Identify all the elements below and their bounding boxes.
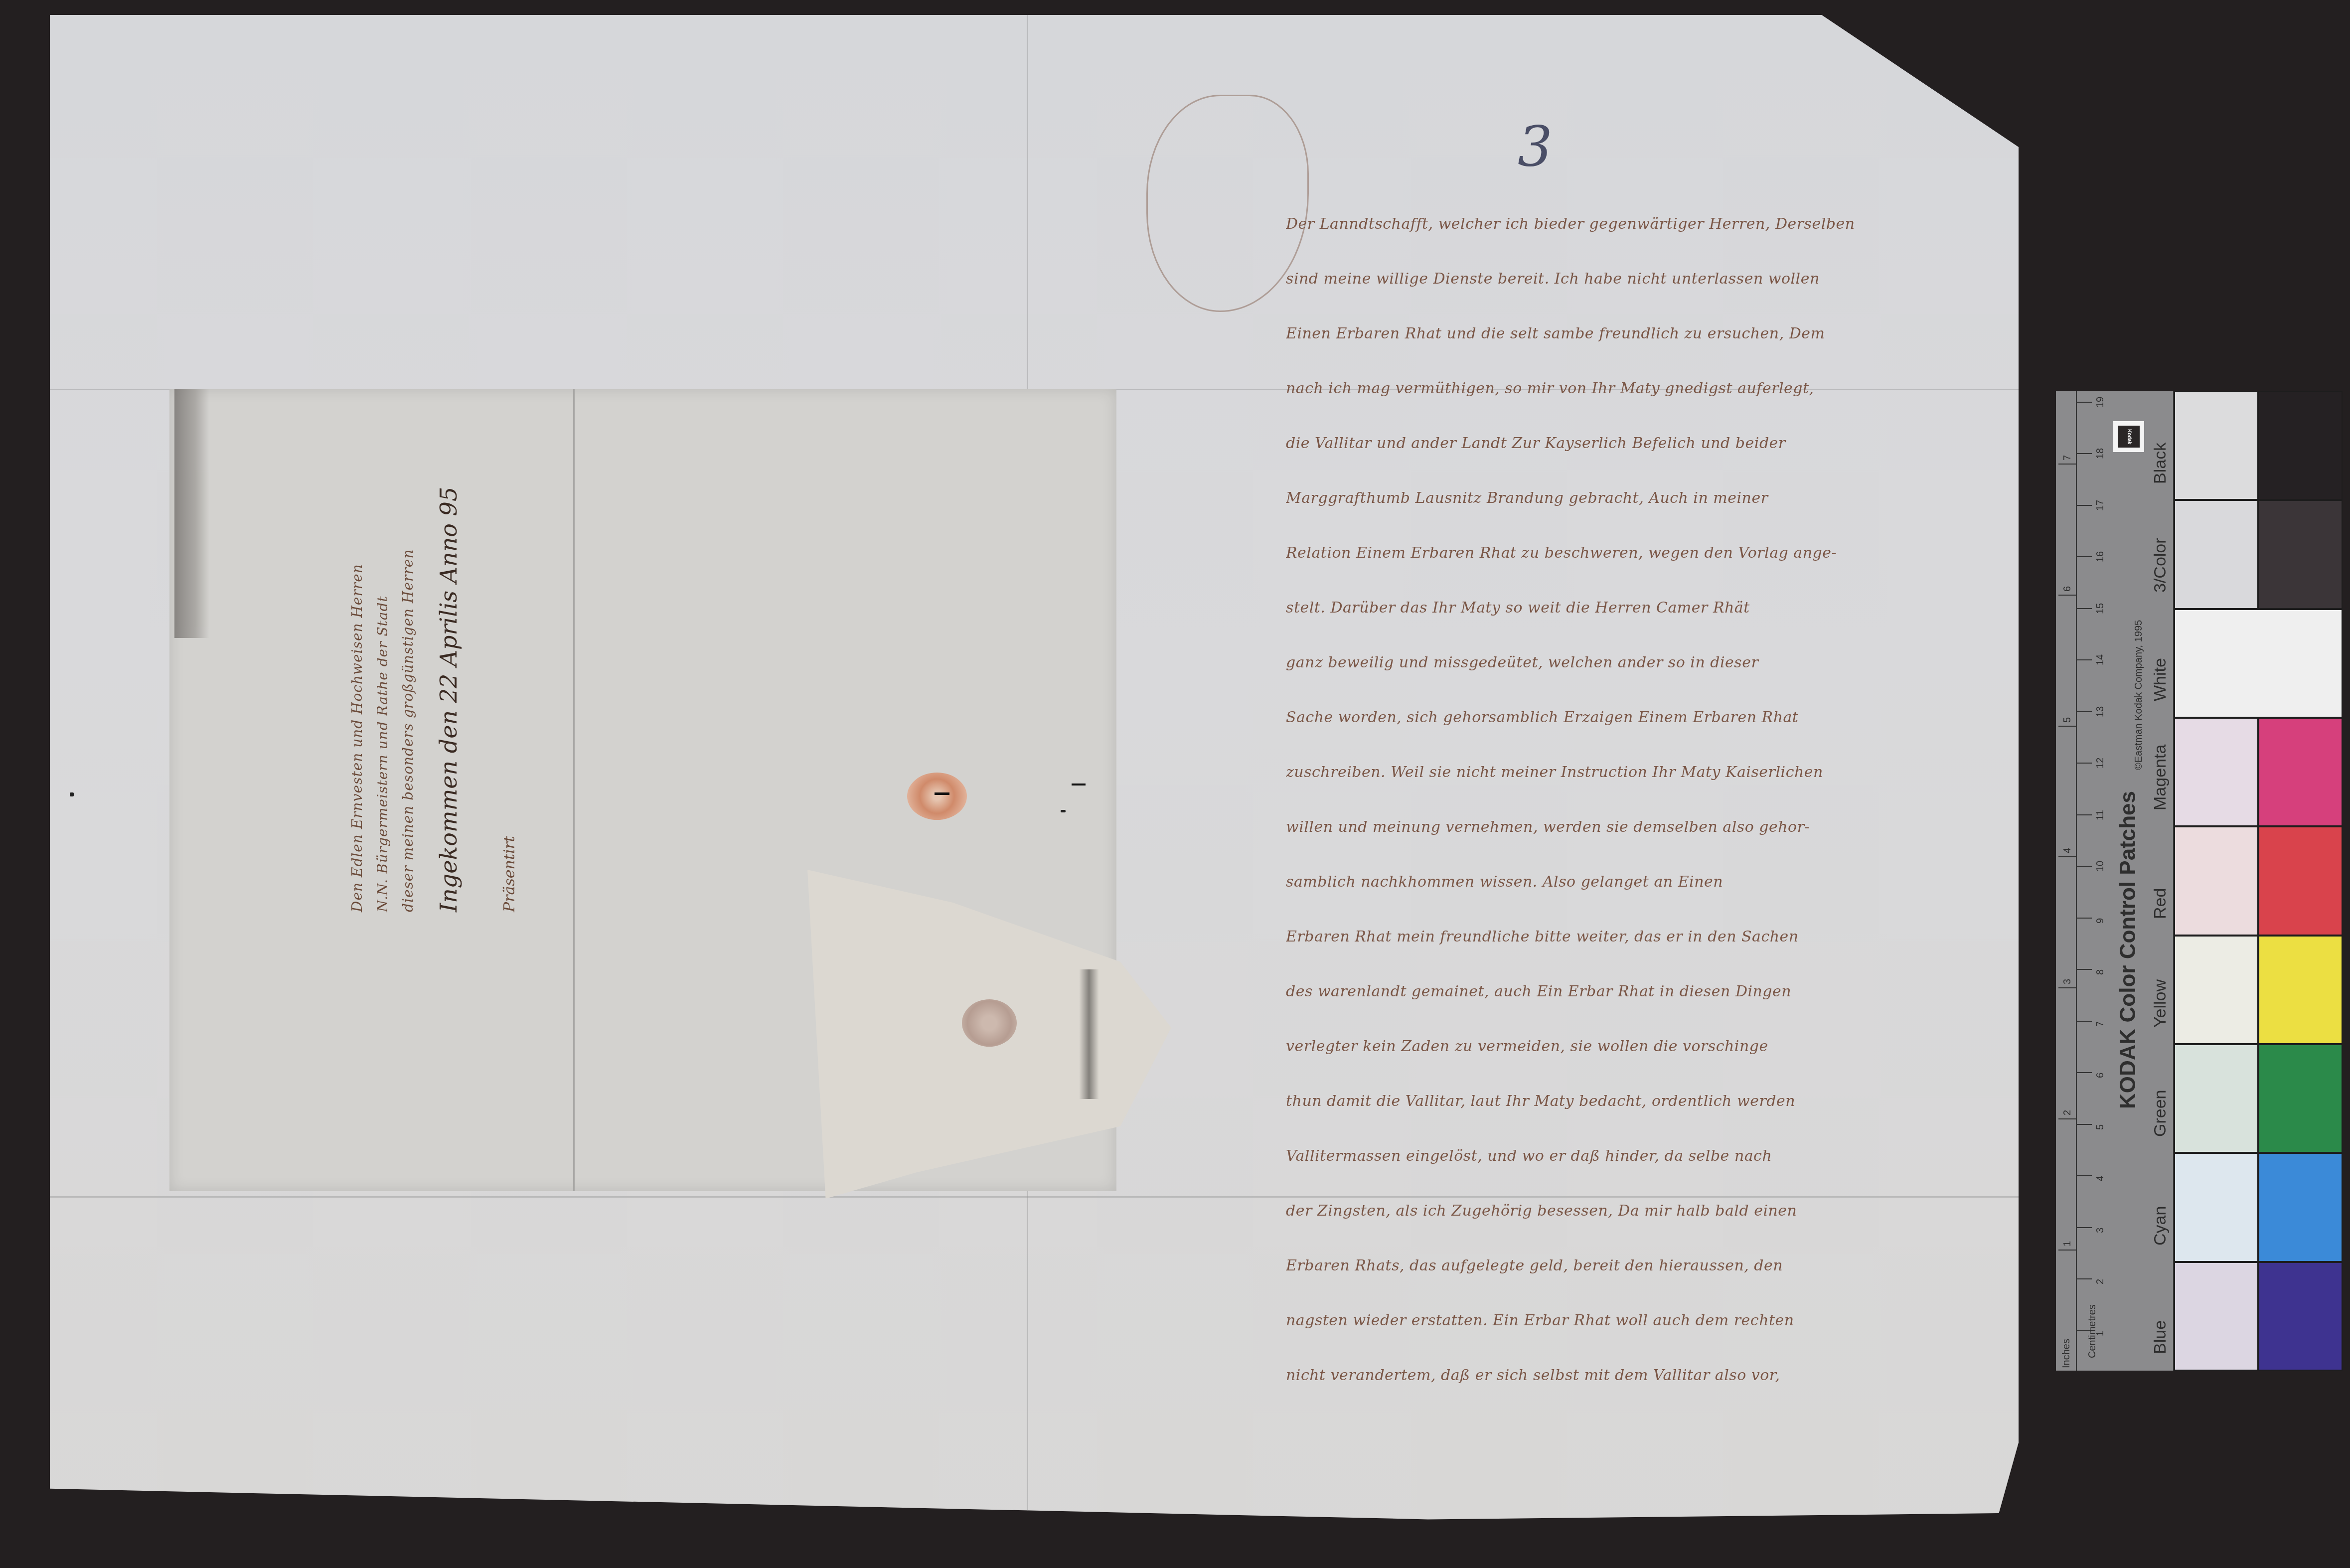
patch-label: White — [2151, 658, 2170, 701]
patch-red-solid — [2258, 826, 2343, 935]
patch-3-color-tint — [2174, 500, 2258, 609]
cm-tick — [2077, 505, 2092, 506]
red-seal-remnant — [907, 773, 967, 820]
wax-seal — [962, 999, 1017, 1047]
cm-tick-label: 8 — [2095, 969, 2106, 975]
patch-label: Green — [2151, 1090, 2170, 1137]
inch-tick-label: 3 — [2062, 979, 2073, 984]
text-line: Relation Einem Erbaren Rhat zu beschwere… — [1286, 526, 1944, 581]
cm-tick-label: 17 — [2095, 499, 2106, 510]
cm-tick — [2077, 763, 2092, 764]
cm-tick-label: 7 — [2095, 1021, 2106, 1026]
inch-tick — [2058, 987, 2076, 988]
marginal-note: Präsentirt — [501, 683, 518, 912]
cm-tick — [2077, 608, 2092, 609]
text-line: Erbaren Rhat mein freundliche bitte weit… — [1286, 910, 1944, 964]
ruler: 123456789101112131415161718191234567 Kod… — [2056, 391, 2174, 1371]
inches-label: Inches — [2061, 1339, 2072, 1368]
address-block: Den Edlen Ernvesten und Hochweisen Herre… — [135, 683, 733, 912]
cm-tick-label: 2 — [2095, 1279, 2106, 1284]
inch-tick — [2058, 464, 2076, 465]
patch-magenta-tint — [2174, 718, 2258, 826]
cm-tick-label: 3 — [2095, 1227, 2106, 1233]
ink-dot — [70, 792, 74, 796]
cm-tick — [2077, 814, 2092, 815]
ink-dot — [1061, 810, 1066, 812]
patch-yellow-solid — [2258, 936, 2343, 1044]
patch-green-solid — [2258, 1044, 2343, 1153]
cm-tick-label: 11 — [2095, 810, 2106, 820]
seal-slit — [935, 792, 949, 795]
chart-title: KODAK Color Control Patches — [2116, 791, 2141, 1109]
text-line: Vallitermassen eingelöst, und wo er daß … — [1286, 1129, 1944, 1184]
inch-tick — [2058, 595, 2076, 596]
inch-tick-label: 4 — [2062, 848, 2073, 853]
patch-label: Red — [2151, 888, 2170, 919]
paper-slit — [1072, 784, 1086, 785]
text-line: verlegter kein Zaden zu vermeiden, sie w… — [1286, 1019, 1944, 1074]
cm-tick — [2077, 969, 2092, 970]
cm-tick — [2077, 1072, 2092, 1073]
text-line: nach ich mag vermüthigen, so mir von Ihr… — [1286, 361, 1944, 416]
kodak-color-target: 123456789101112131415161718191234567 Kod… — [2056, 391, 2343, 1371]
cm-tick-label: 12 — [2095, 758, 2106, 769]
patch-cyan-tint — [2174, 1153, 2258, 1261]
patch-blue-tint — [2174, 1262, 2258, 1371]
text-line: nagsten wieder erstatten. Ein Erbar Rhat… — [1286, 1293, 1944, 1348]
patch-magenta-solid — [2258, 718, 2343, 826]
patch-white — [2174, 609, 2343, 718]
inch-tick — [2058, 856, 2076, 857]
letter-body: Der Lanndtschafft, welcher ich bieder ge… — [1286, 197, 1944, 1403]
cm-tick-label: 18 — [2095, 448, 2106, 459]
cm-tick-label: 9 — [2095, 918, 2106, 923]
patch-black-tint — [2174, 391, 2258, 500]
stain — [1079, 969, 1099, 1099]
text-line: thun damit die Vallitar, laut Ihr Maty b… — [1286, 1074, 1944, 1129]
copyright: ©Eastman Kodak Company, 1995 — [2133, 620, 2145, 770]
address-line: dieser meinen besonders großgünstigen He… — [400, 683, 416, 912]
patch-label: Blue — [2151, 1320, 2170, 1354]
text-line: samblich nachkhommen wissen. Also gelang… — [1286, 855, 1944, 910]
folio-number: 3 — [1518, 115, 1553, 178]
text-line: willen und meinung vernehmen, werden sie… — [1286, 800, 1944, 855]
text-line: des warenlandt gemainet, auch Ein Erbar … — [1286, 964, 1944, 1019]
cm-tick-label: 16 — [2095, 551, 2106, 562]
centimetres-label: Centimetres — [2087, 1304, 2098, 1358]
cm-tick-label: 10 — [2095, 861, 2106, 872]
cm-tick — [2077, 659, 2092, 660]
text-line: Marggrafthumb Lausnitz Brandung gebracht… — [1286, 471, 1944, 526]
patch-label: Magenta — [2151, 744, 2170, 810]
inch-tick-label: 2 — [2062, 1110, 2073, 1115]
ruler-axis — [2076, 391, 2077, 1371]
cm-tick — [2077, 866, 2092, 867]
kodak-logo-icon: Kodak — [2113, 421, 2144, 452]
patch-label: Yellow — [2151, 979, 2170, 1028]
cm-tick-label: 4 — [2095, 1176, 2106, 1181]
cm-tick — [2077, 402, 2092, 403]
inch-tick-label: 1 — [2062, 1241, 2073, 1247]
cm-tick — [2077, 556, 2092, 557]
text-line: ganz beweilig und missgedeütet, welchen … — [1286, 635, 1944, 690]
receipt-note: Ingekommen den 22 Aprilis Anno 95 — [435, 683, 462, 912]
text-line: Einen Erbaren Rhat und die selt sambe fr… — [1286, 307, 1944, 361]
cm-tick — [2077, 711, 2092, 712]
cm-tick-label: 6 — [2095, 1073, 2106, 1078]
address-line: Den Edlen Ernvesten und Hochweisen Herre… — [349, 683, 365, 912]
text-line: Der Lanndtschafft, welcher ich bieder ge… — [1286, 197, 1944, 252]
patch-cyan-solid — [2258, 1153, 2343, 1261]
patch-red-tint — [2174, 826, 2258, 935]
cm-tick-label: 13 — [2095, 706, 2106, 717]
inch-tick — [2058, 1250, 2076, 1251]
text-line: zuschreiben. Weil sie nicht meiner Instr… — [1286, 745, 1944, 800]
fold-shadow — [174, 389, 209, 638]
inch-tick-label: 6 — [2062, 586, 2073, 592]
cm-tick — [2077, 1278, 2092, 1279]
cm-tick — [2077, 1124, 2092, 1125]
patch-yellow-tint — [2174, 936, 2258, 1044]
text-line: Erbaren Rhats, das aufgelegte geld, bere… — [1286, 1239, 1944, 1293]
text-line: die Vallitar und ander Landt Zur Kayserl… — [1286, 416, 1944, 471]
patch-black-solid — [2258, 391, 2343, 500]
cm-tick-label: 15 — [2095, 603, 2106, 614]
inch-tick-label: 5 — [2062, 717, 2073, 722]
text-line: stelt. Darüber das Ihr Maty so weit die … — [1286, 581, 1944, 635]
inch-tick — [2058, 726, 2076, 727]
cm-tick-label: 14 — [2095, 654, 2106, 665]
text-line: Sache worden, sich gehorsamblich Erzaige… — [1286, 690, 1944, 745]
patch-label: Black — [2151, 442, 2170, 483]
text-line: der Zingsten, als ich Zugehörig besessen… — [1286, 1184, 1944, 1239]
inch-tick — [2058, 1118, 2076, 1119]
patch-label: 3/Color — [2151, 538, 2170, 593]
cm-tick — [2077, 1227, 2092, 1228]
text-line: sind meine willige Dienste bereit. Ich h… — [1286, 252, 1944, 307]
cm-tick — [2077, 1175, 2092, 1176]
patch-3-color-solid — [2258, 500, 2343, 609]
cm-tick — [2077, 918, 2092, 919]
cm-tick-label: 5 — [2095, 1124, 2106, 1129]
inch-tick-label: 7 — [2062, 455, 2073, 461]
patch-label: Cyan — [2151, 1206, 2170, 1246]
address-line: N.N. Bürgermeistern und Rathe der Stadt — [374, 683, 391, 912]
text-line: nicht verandertem, daß er sich selbst mi… — [1286, 1348, 1944, 1403]
cm-tick-label: 19 — [2095, 396, 2106, 407]
color-patches — [2174, 391, 2343, 1371]
cm-tick — [2077, 1021, 2092, 1022]
cm-tick — [2077, 453, 2092, 454]
patch-blue-solid — [2258, 1262, 2343, 1371]
patch-green-tint — [2174, 1044, 2258, 1153]
